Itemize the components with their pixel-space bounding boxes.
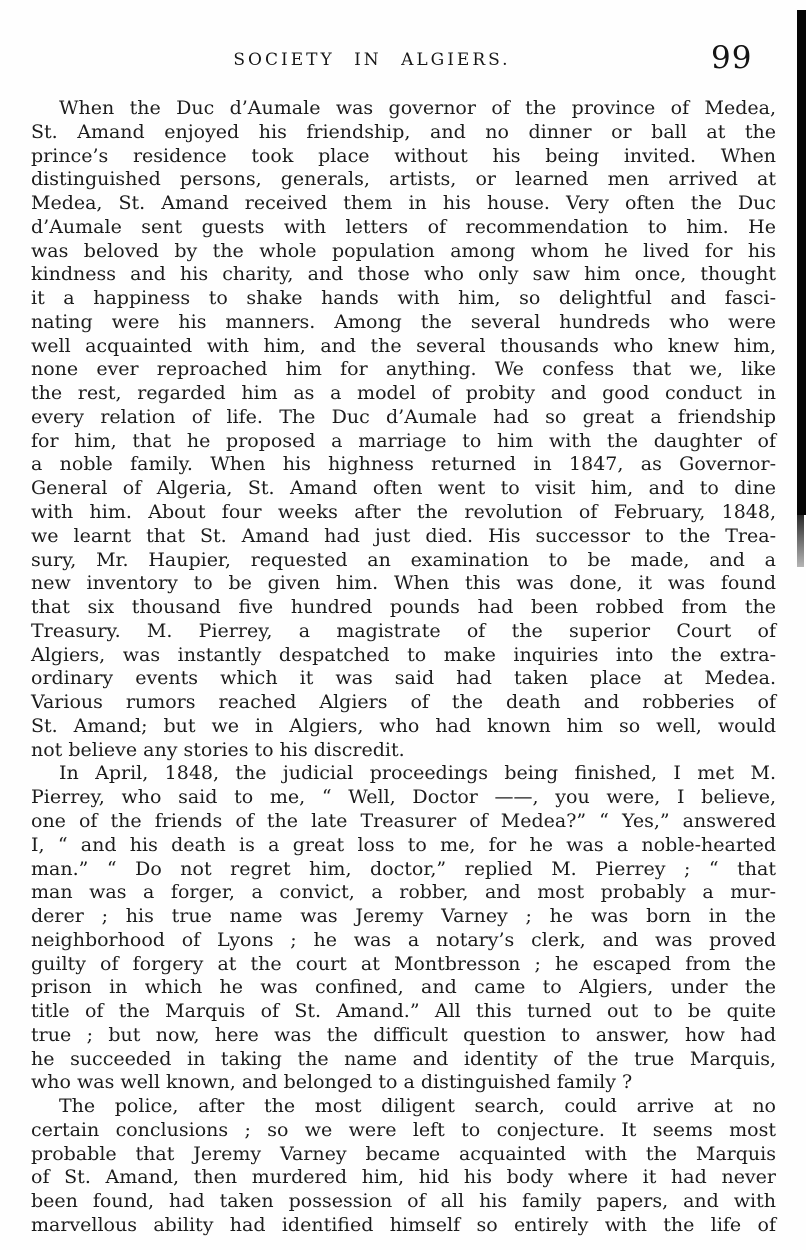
text-line: prince’s residence took place without hi… [31, 145, 776, 169]
text-line: who was well known, and belonged to a di… [31, 1071, 776, 1095]
text-line: General of Algeria, St. Amand often went… [31, 477, 776, 501]
text-line: he succeeded in taking the name and iden… [31, 1048, 776, 1072]
text-line: St. Amand; but we in Algiers, who had kn… [31, 715, 776, 739]
text-line: prison in which he was confined, and cam… [31, 976, 776, 1000]
text-line: man was a forger, a convict, a robber, a… [31, 881, 776, 905]
text-line: one of the friends of the late Treasurer… [31, 810, 776, 834]
text-line: Pierrey, who said to me, “ Well, Doctor … [31, 786, 776, 810]
text-line: was beloved by the whole population amon… [31, 240, 776, 264]
text-line: sury, Mr. Haupier, requested an examinat… [31, 549, 776, 573]
text-line: a noble family. When his highness return… [31, 453, 776, 477]
text-line: Medea, St. Amand received them in his ho… [31, 192, 776, 216]
scan-edge-artifact [797, 10, 806, 515]
text-line: guilty of forgery at the court at Montbr… [31, 953, 776, 977]
text-line: not believe any stories to his discredit… [31, 739, 776, 763]
text-line: distinguished persons, generals, artists… [31, 168, 776, 192]
text-line: nating were his manners. Among the sever… [31, 311, 776, 335]
text-line: marvellous ability had identified himsel… [31, 1214, 776, 1238]
text-line: been found, had taken possession of all … [31, 1190, 776, 1214]
text-line: none ever reproached him for anything. W… [31, 358, 776, 382]
text-line: ordinary events which it was said had ta… [31, 667, 776, 691]
text-line: d’Aumale sent guests with letters of rec… [31, 216, 776, 240]
text-line: the rest, regarded him as a model of pro… [31, 382, 776, 406]
page-body: When the Duc d’Aumale was governor of th… [31, 97, 776, 1238]
text-line: of St. Amand, then murdered him, hid his… [31, 1166, 776, 1190]
text-line: When the Duc d’Aumale was governor of th… [31, 97, 776, 121]
text-line: new inventory to be given him. When this… [31, 572, 776, 596]
text-line: we learnt that St. Amand had just died. … [31, 525, 776, 549]
text-line: for him, that he proposed a marriage to … [31, 430, 776, 454]
text-line: Treasury. M. Pierrey, a magistrate of th… [31, 620, 776, 644]
text-line: Various rumors reached Algiers of the de… [31, 691, 776, 715]
text-line: Algiers, was instantly despatched to mak… [31, 644, 776, 668]
text-line: St. Amand enjoyed his friendship, and no… [31, 121, 776, 145]
text-line: derer ; his true name was Jeremy Varney … [31, 905, 776, 929]
scan-edge-artifact-tail [797, 515, 804, 567]
text-line: kindness and his charity, and those who … [31, 263, 776, 287]
running-header-title: SOCIETY IN ALGIERS. [0, 50, 744, 70]
text-line: probable that Jeremy Varney became acqua… [31, 1143, 776, 1167]
text-line: man.” “ Do not regret him, doctor,” repl… [31, 858, 776, 882]
text-line: with him. About four weeks after the rev… [31, 501, 776, 525]
text-line: every relation of life. The Duc d’Aumale… [31, 406, 776, 430]
text-line: it a happiness to shake hands with him, … [31, 287, 776, 311]
book-page: SOCIETY IN ALGIERS. 99 When the Duc d’Au… [0, 0, 806, 1250]
text-line: certain conclusions ; so we were left to… [31, 1119, 776, 1143]
text-line: I, “ and his death is a great loss to me… [31, 834, 776, 858]
text-line: neighborhood of Lyons ; he was a notary’… [31, 929, 776, 953]
text-line: title of the Marquis of St. Amand.” All … [31, 1000, 776, 1024]
text-line: well acquainted with him, and the severa… [31, 335, 776, 359]
text-line: true ; but now, here was the difficult q… [31, 1024, 776, 1048]
text-line: In April, 1848, the judicial proceedings… [31, 762, 776, 786]
text-line: The police, after the most diligent sear… [31, 1095, 776, 1119]
page-number: 99 [711, 40, 752, 76]
text-line: that six thousand five hundred pounds ha… [31, 596, 776, 620]
